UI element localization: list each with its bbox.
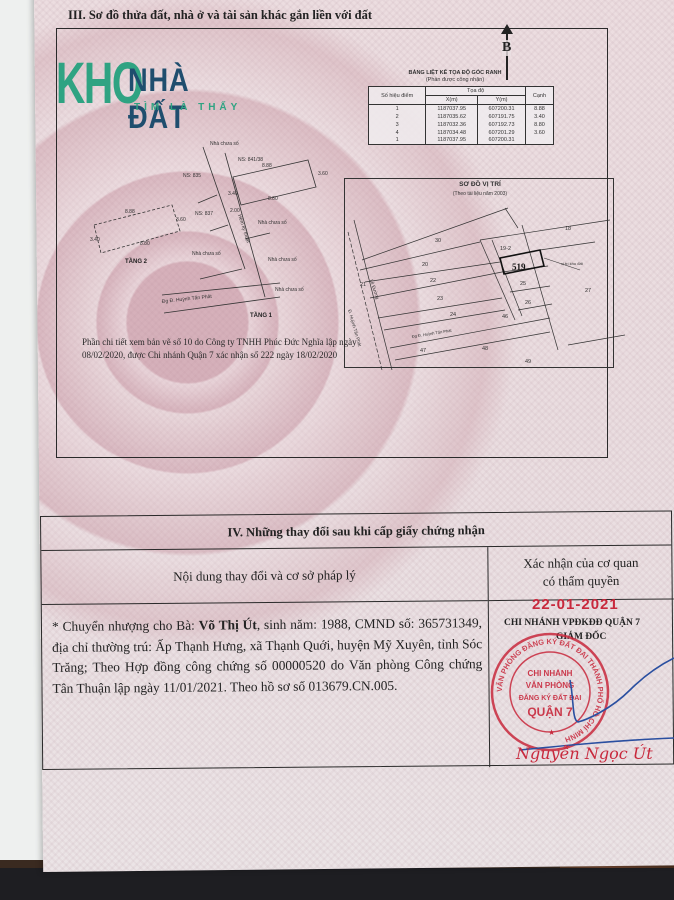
parcel-22: 22: [430, 278, 436, 284]
col-y: Y(m): [478, 96, 526, 105]
coord-title-main: BẢNG LIỆT KÊ TỌA ĐỘ GÓC RANH: [360, 70, 550, 77]
dim-f2-bottom: 8.80: [140, 241, 150, 247]
authority-office: CHI NHÁNH VPĐKĐĐ QUẬN 7: [504, 618, 640, 628]
parcel-25: 25: [520, 281, 526, 287]
label-lot-a: NS: 841/38: [238, 157, 263, 163]
authority-header-line1: Xác nhận của cơ quan: [488, 553, 673, 573]
coord-cell-point: 3: [369, 121, 426, 129]
north-label: B: [502, 40, 511, 56]
parcel-18: 18: [565, 226, 571, 232]
dim-f1-top: 8.88: [262, 163, 272, 169]
authority-header-line2: có thẩm quyền: [489, 571, 674, 591]
entry-prefix: * Chuyển nhượng cho Bà:: [52, 618, 199, 634]
coord-table-title: BẢNG LIỆT KÊ TỌA ĐỘ GÓC RANH (Phần được …: [360, 70, 550, 84]
coord-row: 21187035.62607191.753.40: [369, 113, 554, 121]
coord-table: Số hiệu điểm Tọa độ Cạnh X(m) Y(m) 11187…: [368, 86, 554, 145]
coord-cell-point: 2: [369, 113, 426, 121]
coord-row: 11187037.95607200.31: [369, 137, 554, 145]
label-alley: Hẻm kỹ thuật: [236, 214, 251, 244]
label-lot-b: NS: 835: [183, 173, 201, 179]
coord-cell-edge: 8.88: [525, 105, 553, 113]
confirmation-date: 22-01-2021: [532, 596, 619, 613]
label-no-number-5: Nhà chưa số: [275, 287, 304, 293]
dim-f1-bottom: 8.80: [268, 196, 278, 202]
parcel-24: 24: [450, 312, 456, 318]
label-no-number-3: Nhà chưa số: [192, 251, 221, 257]
dim-f2-right: 3.60: [176, 217, 186, 223]
signer-name: Nguyễn Ngọc Út: [516, 744, 653, 763]
coord-row: 41187034.48607201.293.60: [369, 129, 554, 137]
coord-cell-x: 1187032.36: [426, 121, 478, 129]
map-title: SƠ ĐỒ VỊ TRÍ: [459, 178, 501, 188]
dark-surface-background: [0, 868, 674, 900]
dim-f2-top: 8.88: [125, 209, 135, 215]
parcel-46: 46: [502, 314, 508, 320]
coord-cell-y: 607200.31: [478, 105, 526, 113]
dim-alley: 2.00: [230, 208, 240, 214]
street-le-duong: Lề Đường: [369, 279, 380, 300]
parcel-30: 30: [435, 238, 441, 244]
coord-cell-y: 607200.31: [478, 137, 526, 145]
brand-tagline: TÌM LÀ THẤY: [134, 102, 241, 113]
label-street: Đg Đ. Huỳnh Tấn Phát: [162, 294, 213, 305]
location-map: SƠ ĐỒ VỊ TRÍ (Theo tài liệu năm 2003) 30…: [340, 170, 625, 370]
coord-row: 11187037.95607200.318.88: [369, 105, 554, 113]
coord-row: 31187032.36607192.738.80: [369, 121, 554, 129]
coord-cell-x: 1187037.95: [426, 137, 478, 145]
coord-cell-point: 1: [369, 137, 426, 145]
parcel-26: 26: [525, 300, 531, 306]
coord-cell-edge: 3.40: [525, 113, 553, 121]
map-pointer-label: vị trí khu đất: [561, 261, 584, 266]
changes-column-header: Nội dung thay đổi và cơ sở pháp lý: [41, 547, 487, 605]
dim-f1-right: 3.60: [318, 171, 328, 177]
coord-cell-edge: 8.80: [525, 121, 553, 129]
transferee-name: Võ Thị Út: [199, 617, 257, 633]
parcel-21: 21: [360, 282, 366, 288]
coord-cell-y: 607192.73: [478, 121, 526, 129]
section4-title: IV. Những thay đổi sau khi cấp giấy chứn…: [41, 511, 671, 550]
change-entry: * Chuyển nhượng cho Bà: Võ Thị Út, sinh …: [52, 613, 483, 699]
section3-title: III. Sơ đồ thửa đất, nhà ở và tài sản kh…: [68, 8, 372, 23]
authority-column-header: Xác nhận của cơ quan có thẩm quyền: [488, 545, 673, 601]
col-point: Số hiệu điểm: [369, 87, 426, 105]
parcel-27: 27: [585, 288, 591, 294]
parcel-23: 23: [437, 296, 443, 302]
parcel-19-2: 19-2: [500, 246, 511, 252]
coord-cell-x: 1187037.95: [426, 105, 478, 113]
watermark-logo: KHO NHÀ ĐẤT TÌM LÀ THẤY: [56, 50, 276, 130]
coord-cell-point: 4: [369, 129, 426, 137]
coord-cell-edge: [525, 137, 553, 145]
coord-title-sub: (Phần được công nhận): [360, 77, 550, 84]
col-coords: Tọa độ: [426, 87, 526, 96]
floor-plan-diagram: Nhà chưa số NS: 841/38 NS: 835 NS: 837 N…: [80, 125, 360, 325]
label-no-number-4: Nhà chưa số: [268, 257, 297, 263]
col-edge: Cạnh: [525, 87, 553, 105]
coord-cell-edge: 3.60: [525, 129, 553, 137]
parcel-48: 48: [482, 346, 488, 352]
coord-cell-y: 607191.75: [478, 113, 526, 121]
dim-f1-left: 3.40: [228, 191, 238, 197]
label-lot-c: NS: 837: [195, 211, 213, 217]
label-no-number-2: Nhà chưa số: [258, 220, 287, 226]
plan-reference-note: Phần chi tiết xem bản vẽ số 10 do Công t…: [82, 336, 382, 362]
parcel-20: 20: [422, 262, 428, 268]
coord-cell-y: 607201.29: [478, 129, 526, 137]
coord-cell-x: 1187035.62: [426, 113, 478, 121]
parcel-519: 519: [512, 262, 526, 272]
parcel-47: 47: [420, 348, 426, 354]
parcel-49: 49: [525, 359, 531, 365]
col-x: X(m): [426, 96, 478, 105]
dim-f2-left: 3.40: [90, 237, 100, 243]
map-subtitle: (Theo tài liệu năm 2003): [453, 191, 508, 197]
coord-cell-point: 1: [369, 105, 426, 113]
label-floor-2: TẦNG 2: [125, 258, 148, 265]
label-floor-1: TẦNG 1: [250, 312, 273, 319]
label-no-number-1: Nhà chưa số: [210, 141, 239, 147]
coord-cell-x: 1187034.48: [426, 129, 478, 137]
